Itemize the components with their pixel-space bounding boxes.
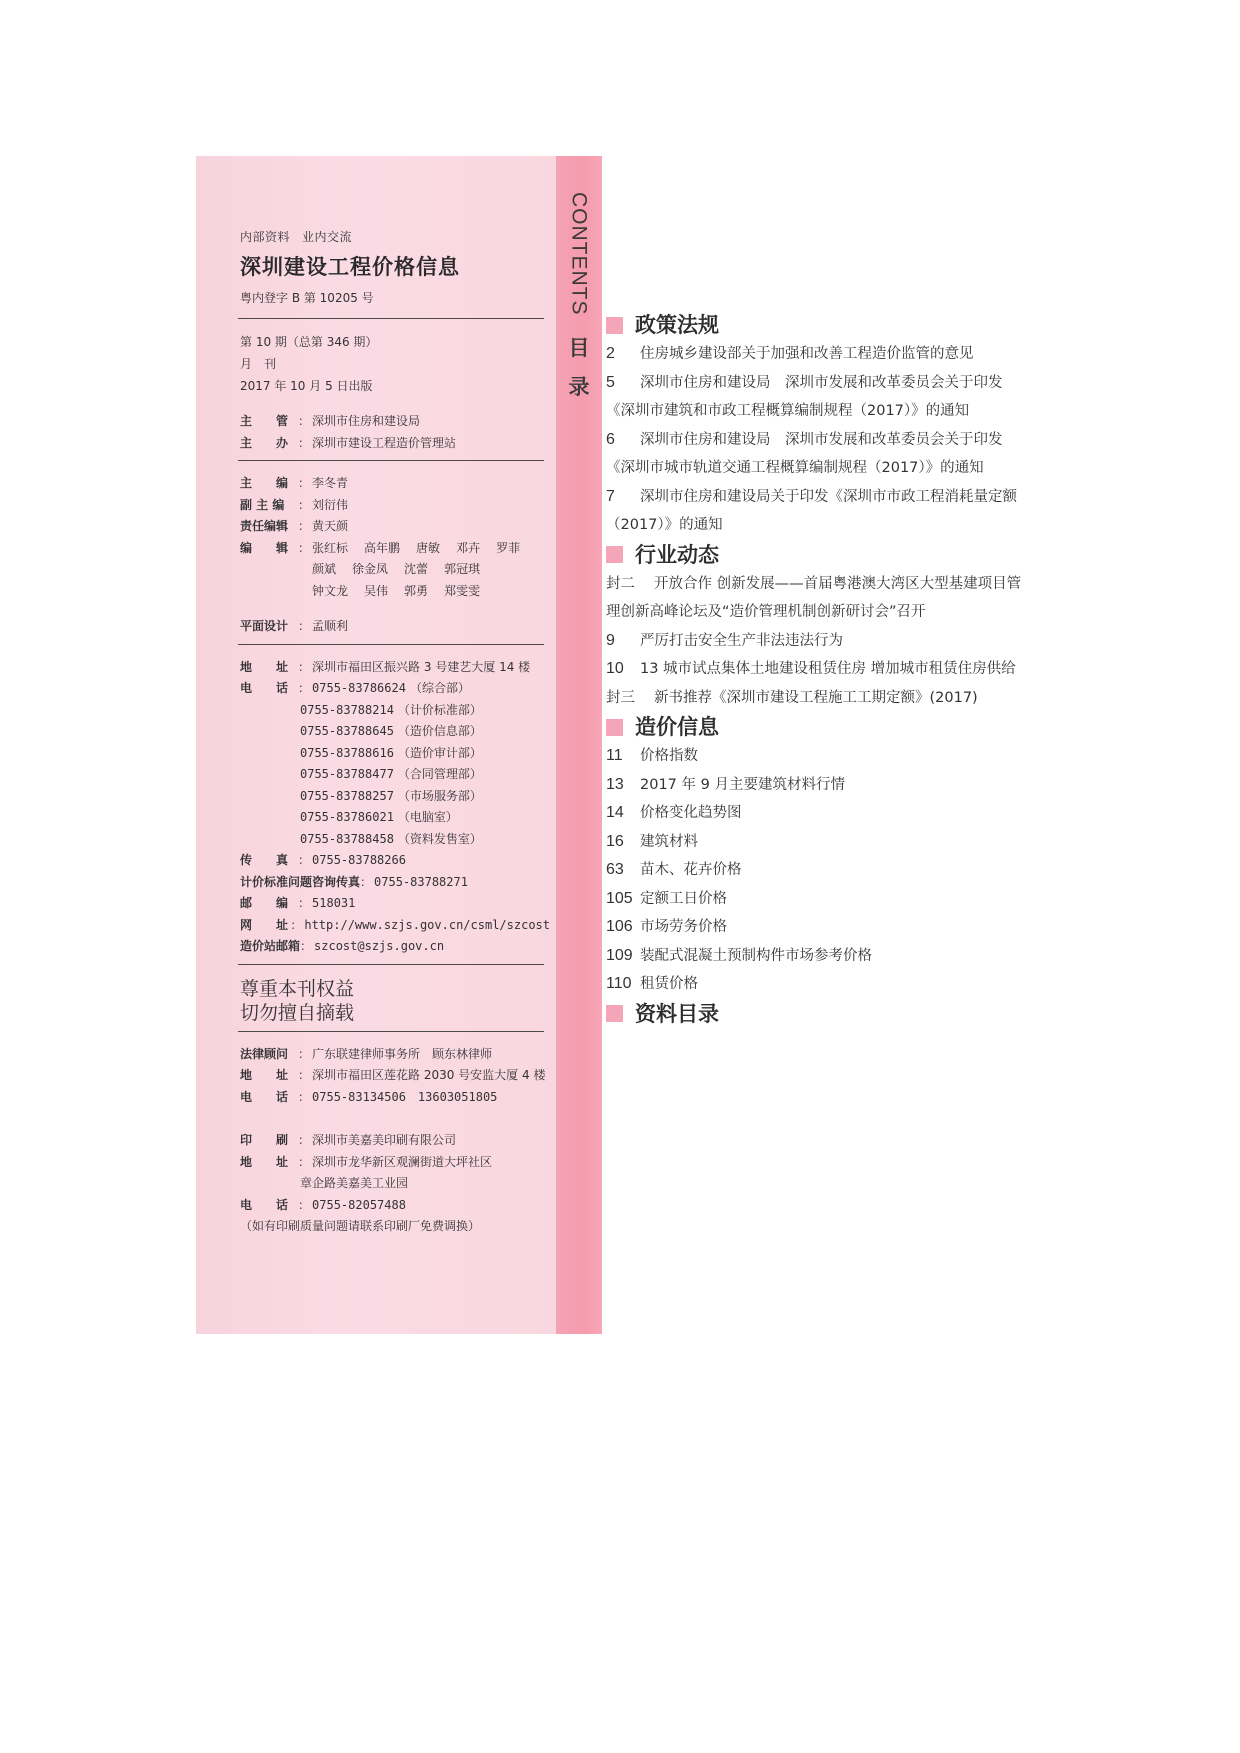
copyright-slogan: 尊重本刊权益 切勿擅自摘载 <box>240 977 550 1025</box>
editor-name: 徐金凤 <box>352 559 388 581</box>
section-title: 行业动态 <box>635 540 719 570</box>
phone-row: 0755-83786021（电脑室） <box>240 807 550 829</box>
value: 孟顺利 <box>312 616 348 638</box>
page-number: 105 <box>606 885 634 914</box>
page-number: 11 <box>606 742 634 771</box>
page-number: 110 <box>606 970 634 999</box>
phone-dept: （资料发售室） <box>398 829 482 851</box>
deputy-editor-row: 副 主 编：刘衍伟 <box>240 495 550 517</box>
divider <box>238 460 544 461</box>
designer-row: 平面设计：孟顺利 <box>240 616 550 638</box>
contents-chinese-label: 目 录 <box>569 332 590 411</box>
label: 责任编辑 <box>240 516 298 538</box>
phone-number: 0755-83786624 <box>312 678 406 700</box>
section-heading: 造价信息 <box>606 712 1026 742</box>
printer-row: 印 刷：深圳市美嘉美印刷有限公司 <box>240 1130 550 1152</box>
phone-dept: （合同管理部） <box>398 764 482 786</box>
label: 法律顾问 <box>240 1044 298 1066</box>
phone-dept: （造价信息部） <box>398 721 482 743</box>
publication-title: 深圳建设工程价格信息 <box>240 251 550 281</box>
registration-number: 粤内登字 B 第 10205 号 <box>240 289 550 306</box>
printer-phone-row: 电 话：0755-82057488 <box>240 1195 550 1217</box>
governing-row: 主 管：深圳市住房和建设局 <box>240 411 550 433</box>
page-number: 5 <box>606 369 634 398</box>
editor-name: 郭冠琪 <box>444 559 480 581</box>
email-link[interactable]: szcost@szjs.gov.cn <box>314 936 444 958</box>
toc-section-policy: 政策法规 2住房城乡建设部关于加强和改善工程造价监管的意见 5深圳市住房和建设局… <box>606 310 1026 540</box>
slogan-line: 切勿擅自摘载 <box>240 1001 550 1025</box>
label: 印 刷 <box>240 1130 298 1152</box>
label: 地 址 <box>240 1065 298 1087</box>
publish-date: 2017 年 10 月 5 日出版 <box>240 375 550 397</box>
value: 0755-83134506 13603051805 <box>312 1087 497 1109</box>
value: 0755-83788271 <box>374 872 468 894</box>
phone-row: 0755-83788257（市场服务部） <box>240 786 550 808</box>
value: 深圳市福田区振兴路 3 号建艺大厦 14 楼 <box>312 657 530 679</box>
label: 主 办 <box>240 433 298 455</box>
toc-entry[interactable]: 109装配式混凝土预制构件市场参考价格 <box>606 942 1026 971</box>
entry-title: 2017 年 9 月主要建筑材料行情 <box>640 777 845 793</box>
page-number: 10 <box>606 655 634 684</box>
printer-address-row: 地 址：深圳市龙华新区观澜街道大坪社区 <box>240 1152 550 1174</box>
pink-square-bullet-icon <box>606 546 623 563</box>
divider <box>238 964 544 965</box>
editor-name: 钟文龙 <box>312 581 348 603</box>
toc-entry[interactable]: 9严厉打击安全生产非法违法行为 <box>606 627 1026 656</box>
label: 主 管 <box>240 411 298 433</box>
entry-title: 苗木、花卉价格 <box>640 862 742 878</box>
page-number: 14 <box>606 799 634 828</box>
section-title: 政策法规 <box>635 310 719 340</box>
value: 深圳市龙华新区观澜街道大坪社区 <box>312 1152 492 1174</box>
entry-title: 严厉打击安全生产非法违法行为 <box>640 633 843 649</box>
value: 黄天颜 <box>312 516 348 538</box>
value: 李冬青 <box>312 473 348 495</box>
document-page: CONTENTS 目 录 内部资料业内交流 深圳建设工程价格信息 粤内登字 B … <box>0 0 1240 1753</box>
slogan-line: 尊重本刊权益 <box>240 977 550 1001</box>
value: 深圳市美嘉美印刷有限公司 <box>312 1130 456 1152</box>
website-link[interactable]: http://www.szjs.gov.cn/csml/szcost <box>304 915 550 937</box>
entry-title: 新书推荐《深圳市建设工程施工工期定额》(2017) <box>654 690 978 706</box>
toc-entry[interactable]: 封二开放合作 创新发展——首届粤港澳大湾区大型基建项目管理创新高峰论坛及“造价管… <box>606 570 1026 627</box>
toc-section-cost-info: 造价信息 11价格指数 132017 年 9 月主要建筑材料行情 14价格变化趋… <box>606 712 1026 999</box>
editor-name: 吴伟 <box>364 581 388 603</box>
tag-exchange: 业内交流 <box>302 230 352 244</box>
editor-name: 邓卉 <box>456 538 480 560</box>
phone-row: 0755-83788214（计价标准部） <box>240 700 550 722</box>
phone-number: 0755-83788477 <box>300 764 394 786</box>
page-number: 63 <box>606 856 634 885</box>
pink-square-bullet-icon <box>606 317 623 334</box>
entry-title: 定额工日价格 <box>640 891 727 907</box>
entry-title: 深圳市住房和建设局 深圳市发展和改革委员会关于印发《深圳市城市轨道交通工程概算编… <box>606 432 1003 477</box>
label: 电 话 <box>240 1087 298 1109</box>
section-heading: 行业动态 <box>606 540 1026 570</box>
value: 深圳市福田区莲花路 2030 号安监大厦 4 楼 <box>312 1065 545 1087</box>
toc-entry[interactable]: 7深圳市住房和建设局关于印发《深圳市市政工程消耗量定额（2017）》的通知 <box>606 483 1026 540</box>
label: 平面设计 <box>240 616 298 638</box>
phone-number: 0755-83788214 <box>300 700 394 722</box>
entry-title: 开放合作 创新发展——首届粤港澳大湾区大型基建项目管理创新高峰论坛及“造价管理机… <box>606 576 1021 621</box>
chief-editor-row: 主 编：李冬青 <box>240 473 550 495</box>
page-number: 109 <box>606 942 634 971</box>
phone-row: 0755-83788616（造价审计部） <box>240 743 550 765</box>
print-note: （如有印刷质量问题请联系印刷厂免费调换） <box>240 1216 550 1238</box>
contents-char-lu: 录 <box>569 371 590 405</box>
sponsor-row: 主 办：深圳市建设工程造价管理站 <box>240 433 550 455</box>
value: 0755-82057488 <box>312 1195 406 1217</box>
internal-tags: 内部资料业内交流 <box>240 228 550 245</box>
phone-row: 电 话：0755-83786624（综合部） <box>240 678 550 700</box>
label: 计价标准问题咨询传真 <box>240 872 360 894</box>
toc-entry[interactable]: 14价格变化趋势图 <box>606 799 1026 828</box>
print-quality-note: （如有印刷质量问题请联系印刷厂免费调换） <box>240 1216 480 1238</box>
masthead-content: 内部资料业内交流 深圳建设工程价格信息 粤内登字 B 第 10205 号 第 1… <box>240 228 550 1238</box>
toc-entry[interactable]: 110租赁价格 <box>606 970 1026 999</box>
label: 网 址 <box>240 915 290 937</box>
legal-address-row: 地 址：深圳市福田区莲花路 2030 号安监大厦 4 楼 <box>240 1065 550 1087</box>
toc-entry[interactable]: 封三新书推荐《深圳市建设工程施工工期定额》(2017) <box>606 684 1026 713</box>
phone-row: 0755-83788645（造价信息部） <box>240 721 550 743</box>
editors-row: 编 辑： 张红标 高年鹏 唐敏 邓卉 罗菲 颜斌 徐金凤 沈蕾 郭冠琪 钟文龙 … <box>240 538 550 603</box>
value: 深圳市住房和建设局 <box>312 411 420 433</box>
toc-entry[interactable]: 6深圳市住房和建设局 深圳市发展和改革委员会关于印发《深圳市城市轨道交通工程概算… <box>606 426 1026 483</box>
toc-entry[interactable]: 11价格指数 <box>606 742 1026 771</box>
section-heading[interactable]: 资料目录 <box>606 999 1026 1029</box>
label: 电 话 <box>240 678 298 700</box>
editor-name: 唐敏 <box>416 538 440 560</box>
label: 副 主 编 <box>240 495 298 517</box>
entry-title: 装配式混凝土预制构件市场参考价格 <box>640 948 872 964</box>
phone-dept: （造价审计部） <box>398 743 482 765</box>
value: 0755-83788266 <box>312 850 406 872</box>
toc-entry[interactable]: 16建筑材料 <box>606 828 1026 857</box>
entry-title: 市场劳务价格 <box>640 919 727 935</box>
section-title: 资料目录 <box>635 999 719 1029</box>
editor-name: 高年鹏 <box>364 538 400 560</box>
address-row: 地 址：深圳市福田区振兴路 3 号建艺大厦 14 楼 <box>240 657 550 679</box>
entry-title: 住房城乡建设部关于加强和改善工程造价监管的意见 <box>640 346 974 362</box>
phone-number: 0755-83786021 <box>300 807 394 829</box>
entry-title: 价格指数 <box>640 748 698 764</box>
phone-dept: （综合部） <box>410 678 470 700</box>
entry-title: 深圳市住房和建设局关于印发《深圳市市政工程消耗量定额（2017）》的通知 <box>606 489 1017 534</box>
phone-dept: （计价标准部） <box>398 700 482 722</box>
editor-name: 沈蕾 <box>404 559 428 581</box>
phone-dept: （电脑室） <box>398 807 458 829</box>
page-number: 106 <box>606 913 634 942</box>
fax-row: 传 真：0755-83788266 <box>240 850 550 872</box>
value: 章企路美嘉美工业园 <box>300 1173 408 1195</box>
contents-english-label: CONTENTS <box>569 192 590 316</box>
page-number: 13 <box>606 771 634 800</box>
toc-entry[interactable]: 63苗木、花卉价格 <box>606 856 1026 885</box>
value: 刘衍伟 <box>312 495 348 517</box>
entry-title: 建筑材料 <box>640 834 698 850</box>
editor-name: 颜斌 <box>312 559 336 581</box>
phone-row: 0755-83788458（资料发售室） <box>240 829 550 851</box>
legal-row: 法律顾问：广东联建律师事务所 顾东林律师 <box>240 1044 550 1066</box>
section-heading: 政策法规 <box>606 310 1026 340</box>
page-number: 16 <box>606 828 634 857</box>
editor-names: 张红标 高年鹏 唐敏 邓卉 罗菲 颜斌 徐金凤 沈蕾 郭冠琪 钟文龙 吴伟 郭勇… <box>312 538 542 603</box>
toc-entry[interactable]: 132017 年 9 月主要建筑材料行情 <box>606 771 1026 800</box>
entry-title: 租赁价格 <box>640 976 698 992</box>
label: 地 址 <box>240 1152 298 1174</box>
printer-address-row-2: 章企路美嘉美工业园 <box>240 1173 550 1195</box>
page-number: 2 <box>606 340 634 369</box>
value: 广东联建律师事务所 顾东林律师 <box>312 1044 492 1066</box>
entry-title: 深圳市住房和建设局 深圳市发展和改革委员会关于印发《深圳市建筑和市政工程概算编制… <box>606 375 1003 420</box>
label: 传 真 <box>240 850 298 872</box>
toc-section-catalog: 资料目录 <box>606 999 1026 1029</box>
page-number: 7 <box>606 483 634 512</box>
value: 518031 <box>312 893 355 915</box>
responsible-editor-row: 责任编辑：黄天颜 <box>240 516 550 538</box>
label: 邮 编 <box>240 893 298 915</box>
label: 电 话 <box>240 1195 298 1217</box>
section-title: 造价信息 <box>635 712 719 742</box>
phone-row: 0755-83788477（合同管理部） <box>240 764 550 786</box>
postcode-row: 邮 编：518031 <box>240 893 550 915</box>
phone-number: 0755-83788645 <box>300 721 394 743</box>
editor-name: 张红标 <box>312 538 348 560</box>
editor-name: 罗菲 <box>496 538 520 560</box>
label: 编 辑 <box>240 538 298 560</box>
page-number: 封二 <box>606 570 648 599</box>
toc-section-industry: 行业动态 封二开放合作 创新发展——首届粤港澳大湾区大型基建项目管理创新高峰论坛… <box>606 540 1026 713</box>
legal-phone-row: 电 话：0755-83134506 13603051805 <box>240 1087 550 1109</box>
toc-entry[interactable]: 5深圳市住房和建设局 深圳市发展和改革委员会关于印发《深圳市建筑和市政工程概算编… <box>606 369 1026 426</box>
entry-title: 13 城市试点集体土地建设租赁住房 增加城市租赁住房供给 <box>640 661 1016 677</box>
frequency: 月 刊 <box>240 353 550 375</box>
editor-name: 郭勇 <box>404 581 428 603</box>
label: 造价站邮箱 <box>240 936 300 958</box>
email-row: 造价站邮箱：szcost@szjs.gov.cn <box>240 936 550 958</box>
phone-dept: （市场服务部） <box>398 786 482 808</box>
toc-entry[interactable]: 1013 城市试点集体土地建设租赁住房 增加城市租赁住房供给 <box>606 655 1026 684</box>
page-number: 6 <box>606 426 634 455</box>
toc-entry[interactable]: 106市场劳务价格 <box>606 913 1026 942</box>
phone-number: 0755-83788458 <box>300 829 394 851</box>
toc-entry[interactable]: 105定额工日价格 <box>606 885 1026 914</box>
divider <box>238 318 544 319</box>
page-number: 封三 <box>606 684 648 713</box>
phone-number: 0755-83788616 <box>300 743 394 765</box>
editor-name: 郑雯雯 <box>444 581 480 603</box>
divider <box>238 1031 544 1032</box>
entry-title: 价格变化趋势图 <box>640 805 742 821</box>
pricing-fax-row: 计价标准问题咨询传真：0755-83788271 <box>240 872 550 894</box>
toc-entry[interactable]: 2住房城乡建设部关于加强和改善工程造价监管的意见 <box>606 340 1026 369</box>
divider <box>238 644 544 645</box>
pink-square-bullet-icon <box>606 1005 623 1022</box>
contents-char-mu: 目 <box>569 332 590 366</box>
contents-strip: CONTENTS 目 录 <box>556 156 602 1334</box>
page-number: 9 <box>606 627 634 656</box>
tag-internal: 内部资料 <box>240 230 290 244</box>
label: 主 编 <box>240 473 298 495</box>
table-of-contents: 政策法规 2住房城乡建设部关于加强和改善工程造价监管的意见 5深圳市住房和建设局… <box>606 310 1026 1029</box>
website-row: 网 址：http://www.szjs.gov.cn/csml/szcost <box>240 915 550 937</box>
pink-square-bullet-icon <box>606 719 623 736</box>
label: 地 址 <box>240 657 298 679</box>
value: 深圳市建设工程造价管理站 <box>312 433 456 455</box>
issue-number: 第 10 期（总第 346 期） <box>240 331 550 353</box>
phone-number: 0755-83788257 <box>300 786 394 808</box>
